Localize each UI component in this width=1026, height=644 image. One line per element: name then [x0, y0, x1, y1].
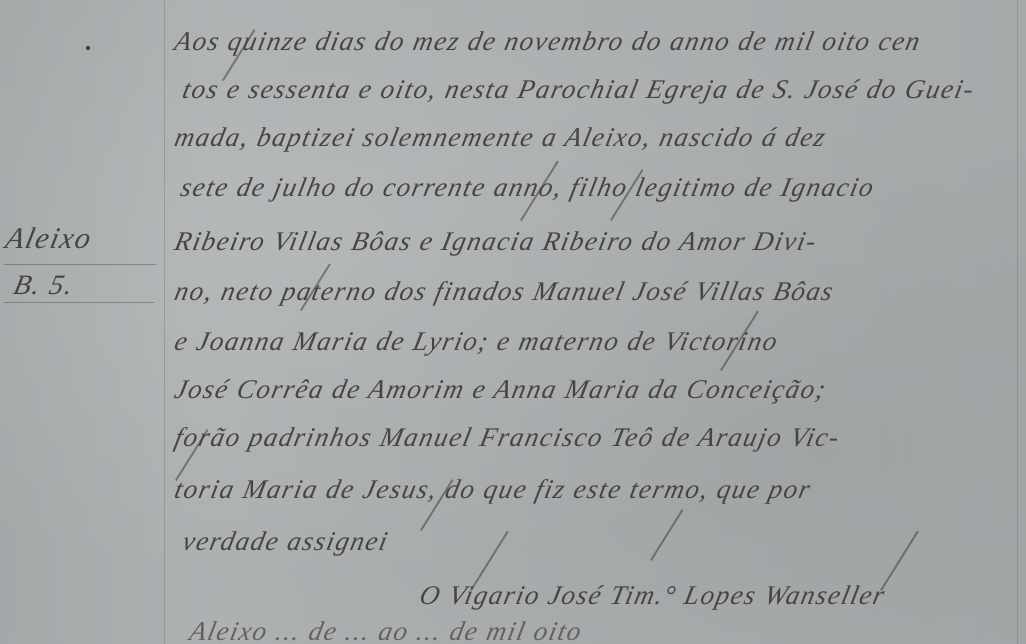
next-record-partial-line: Aleixo ... de ... ao ... de mil oito — [187, 616, 586, 644]
margin-underline-2 — [4, 302, 154, 303]
record-line-1: Aos quinze dias do mez de novembro do an… — [172, 26, 924, 56]
record-line-3: mada, baptizei solemnemente a Aleixo, na… — [172, 122, 830, 152]
ascender-stroke — [650, 509, 683, 561]
margin-code: B. 5. — [11, 270, 77, 302]
ascender-stroke — [880, 531, 918, 591]
record-line-6: no, neto paterno dos finados Manuel José… — [172, 276, 837, 306]
record-line-4: sete de julho do corrente anno, filho le… — [178, 172, 878, 202]
margin-name: Aleixo — [2, 222, 95, 256]
scanned-document-page: Aleixo B. 5. Aos quinze dias do mez de n… — [0, 0, 1026, 644]
record-line-2: tos e sessenta e oito, nesta Parochial E… — [180, 74, 978, 104]
ink-dot — [86, 46, 90, 50]
record-line-10: toria Maria de Jesus, do que fiz este te… — [172, 474, 814, 504]
record-line-5: Ribeiro Villas Bôas e Ignacia Ribeiro do… — [172, 226, 820, 256]
margin-underline — [4, 264, 156, 265]
record-line-8: José Corrêa de Amorim e Anna Maria da Co… — [172, 374, 830, 404]
priest-signature: O Vigario José Tim.° Lopes Wanseller — [417, 580, 889, 611]
record-line-11: verdade assignei — [180, 526, 392, 556]
right-margin-rule — [1017, 0, 1018, 644]
left-margin-rule — [164, 0, 165, 644]
record-line-9: forão padrinhos Manuel Francisco Teô de … — [172, 422, 843, 452]
record-line-7: e Joanna Maria de Lyrio; e materno de Vi… — [172, 326, 781, 356]
